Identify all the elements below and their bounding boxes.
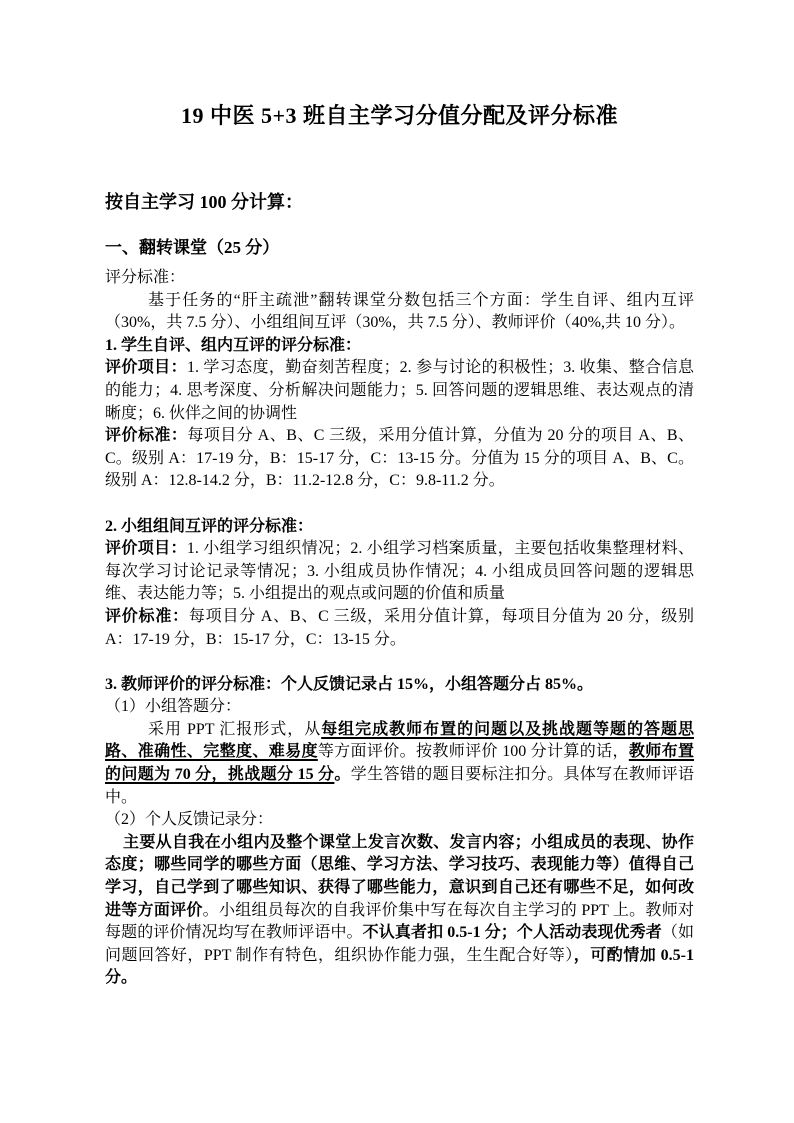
paragraph: 3. 教师评价的评分标准：个人反馈记录占 15%，小组答题分占 85%。 (105, 674, 694, 697)
text-run: 评价项目： (105, 540, 187, 557)
text-run: 3. 教师评价的评分标准：个人反馈记录占 15%，小组答题分占 85%。 (105, 676, 593, 693)
paragraph: 采用 PPT 汇报形式，从每组完成教师布置的问题以及挑战题等题的答题思路、准确性… (105, 719, 694, 809)
text-run: 评价项目： (105, 359, 187, 376)
paragraph: 评分标准： (105, 267, 694, 290)
document-subtitle: 按自主学习 100 分计算： (105, 191, 694, 213)
text-run: 。 (334, 766, 350, 783)
text-run: 评分标准： (105, 269, 185, 286)
paragraph: （2）个人反馈记录分： (105, 809, 694, 832)
paragraph: 评价标准：每项目分 A、B、C 三级，采用分值计算，分值为 20 分的项目 A、… (105, 425, 694, 493)
document-page: 19 中医 5+3 班自主学习分值分配及评分标准 按自主学习 100 分计算： … (0, 0, 794, 1123)
paragraph: 主要从自我在小组内及整个课堂上发言次数、发言内容；小组成员的表现、协作态度；哪些… (105, 832, 694, 990)
section-heading-flipped-classroom: 一、翻转课堂（25 分） (105, 237, 694, 258)
text-run: 不认真者扣 0.5-1 分；个人活动表现优秀者 (363, 924, 662, 941)
paragraph: （1）小组答题分： (105, 696, 694, 719)
text-run: 基于任务的“肝主疏泄”翻转课堂分数包括三个方面：学生自评、组内互评（30%，共 … (105, 292, 694, 332)
text-run: 等方面评价。按教师评价 100 分计算的话， (318, 743, 629, 760)
text-run: 1. 学习态度，勤奋刻苦程度；2. 参与讨论的积极性；3. 收集、整合信息的能力… (105, 359, 694, 421)
blank-line (105, 493, 694, 516)
text-run: 每项目分 A、B、C 三级，采用分值计算，分值为 20 分的项目 A、B、C。级… (105, 427, 694, 489)
text-run: 1. 小组学习组织情况；2. 小组学习档案质量，主要包括收集整理材料、每次学习讨… (105, 540, 694, 602)
text-run: 评价标准： (105, 427, 187, 444)
paragraph: 1. 学生自评、组内互评的评分标准： (105, 335, 694, 358)
paragraph: 基于任务的“肝主疏泄”翻转课堂分数包括三个方面：学生自评、组内互评（30%，共 … (105, 290, 694, 335)
text-run: 2. 小组组间互评的评分标准： (105, 518, 313, 535)
paragraph: 评价标准：每项目分 A、B、C 三级，采用分值计算，每项目分值为 20 分，级别… (105, 606, 694, 651)
blank-line (105, 651, 694, 674)
text-run: 每项目分 A、B、C 三级，采用分值计算，每项目分值为 20 分，级别 A：17… (105, 608, 694, 648)
text-run: 评价标准： (105, 608, 189, 625)
document-body: 评分标准：基于任务的“肝主疏泄”翻转课堂分数包括三个方面：学生自评、组内互评（3… (105, 267, 694, 990)
text-run: （1）小组答题分： (105, 698, 241, 715)
paragraph: 2. 小组组间互评的评分标准： (105, 516, 694, 539)
text-run: （2）个人反馈记录分： (105, 811, 273, 828)
text-run: 1. 学生自评、组内互评的评分标准： (105, 337, 361, 354)
paragraph: 评价项目：1. 学习态度，勤奋刻苦程度；2. 参与讨论的积极性；3. 收集、整合… (105, 357, 694, 425)
document-title: 19 中医 5+3 班自主学习分值分配及评分标准 (105, 103, 694, 129)
text-run: 采用 PPT 汇报形式，从 (148, 721, 321, 738)
paragraph: 评价项目：1. 小组学习组织情况；2. 小组学习档案质量，主要包括收集整理材料、… (105, 538, 694, 606)
